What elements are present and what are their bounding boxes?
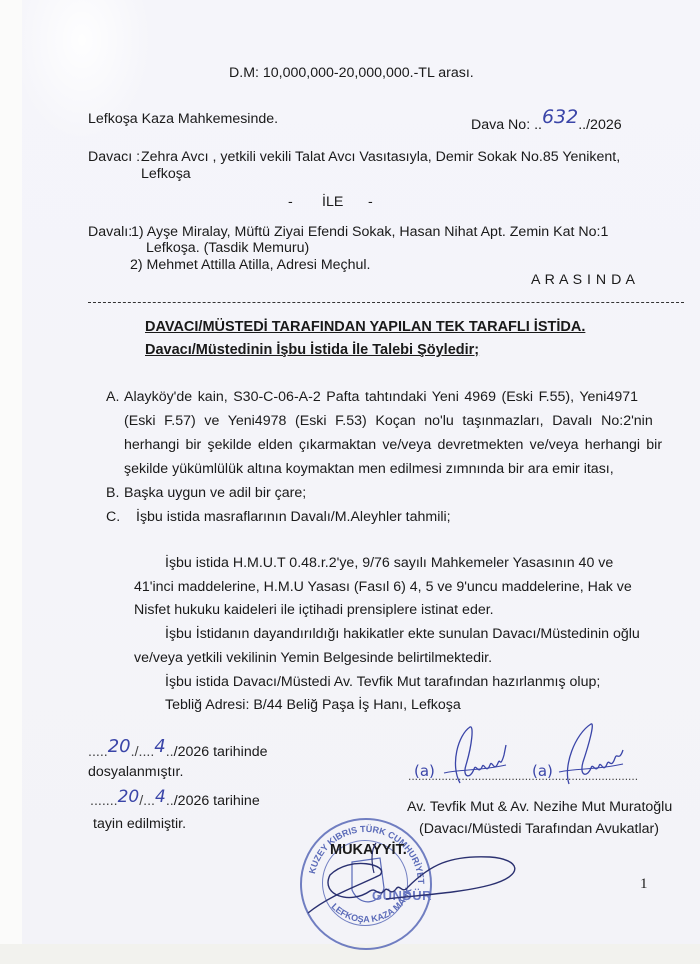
request-a-line-1: Alayköy'de kain, S30-C-06-A-2 Pafta taht… [124,390,682,404]
request-c-marker: C. [106,510,120,524]
court-name: Lefkoşa Kaza Mahkemesinde. [88,112,278,126]
request-a-line-2: (Eski F.57) ve Yeni4978 (Eski F.53) Koça… [124,414,653,428]
basis-1-line-2: 41'inci maddelerine, H.M.U Yasası (Fasıl… [134,580,632,594]
request-b-marker: B. [106,486,119,500]
defendants-label: Davalı: [88,225,132,239]
request-a-marker: A. [106,390,119,404]
basis-1-line-3: Nisfet hukuku kaideleri ile içtihadi pre… [134,603,494,617]
case-number-year: ../2026 [578,117,621,133]
ile-heading: İLE [322,195,343,209]
request-c-line-1: İşbu istida masraflarının Davalı/M.Aleyh… [136,510,451,524]
filed-label: dosyalanmıştır. [88,765,183,779]
ile-dash-right: - [368,195,373,209]
case-number: Dava No: ..632../2026 [471,112,622,134]
petition-subtitle: Davacı/Müstedinin İşbu İstida İle Talebi… [145,343,479,358]
lawyer-signature-2 [557,722,627,790]
hearing-date-line: .......20/...4../2026 tarihine [90,790,260,810]
filing-sep-2: .. [166,744,174,760]
filing-month-handwritten: 4 [154,736,165,757]
separator-line [88,302,684,303]
hearing-month-handwritten: 4 [155,787,166,807]
filing-sep: ./.... [131,744,155,760]
scan-left-margin [0,0,22,964]
defendant-1-line-2: Lefkoşa. (Tasdik Memuru) [146,241,309,255]
lawyer-names: Av. Tevfik Mut & Av. Nezihe Mut Muratoğl… [407,800,672,814]
defendant-1-line-1: 1) Ayşe Miralay, Müftü Ziyai Efendi Soka… [131,225,608,239]
hearing-sep: /... [139,793,155,809]
filing-dots: ..... [88,744,108,760]
filing-date-line: .....20./....4../2026 tarihinde [88,740,268,761]
service-address-line: Tebliğ Adresi: B/44 Beliğ Paşa İş Hanı, … [165,698,461,712]
hearing-day-handwritten: 20 [118,787,140,807]
petition-title: DAVACI/MÜSTEDİ TARAFINDAN YAPILAN TEK TA… [145,320,585,335]
filing-day-handwritten: 20 [108,736,131,757]
request-b-line-1: Başka uygun ve adil bir çare; [124,486,306,500]
hearing-set-label: tayin edilmiştir. [93,817,186,831]
case-number-handwritten: 632 [542,106,578,128]
claim-value-line: D.M: 10,000,000-20,000,000.-TL arası. [229,66,474,80]
arasinda-label: A R A S I N D A [531,273,636,287]
basis-2-line-2: ve/veya yetkili vekilinin Yemin Belgesin… [134,651,492,665]
page-number: 1 [640,876,648,893]
lawyer-signature-1 [440,725,510,790]
plaintiff-label: Davacı : [88,150,140,164]
plaintiff-line-1: Zehra Avcı , yetkili vekili Talat Avcı V… [141,150,620,164]
case-number-label: Dava No: .. [471,117,542,133]
basis-2-line-1: İşbu İstidanın dayandırıldığı hakikatler… [165,627,640,641]
hearing-dots: ....... [90,793,118,809]
defendant-2-line-1: 2) Mehmet Attilla Atilla, Adresi Meçhul. [130,258,371,272]
signature-mark-1: (a) [414,762,435,780]
basis-1-line-1: İşbu istida H.M.U.T 0.48.r.2'ye, 9/76 sa… [165,556,613,570]
signature-mark-2: (a) [532,762,553,780]
ile-dash-left: - [288,195,293,209]
plaintiff-line-2: Lefkoşa [141,167,191,181]
hearing-sep-2: .. [166,793,174,809]
request-a-line-4: şekilde yükümlülük altına koymaktan men … [124,462,614,476]
hearing-year-text: /2026 tarihine [174,793,260,809]
prepared-by-line: İşbu istida Davacı/Müstedi Av. Tevfik Mu… [165,675,600,689]
filing-year-text: /2026 tarihinde [174,744,268,760]
request-a-line-3: herhangi bir şekilde elden çıkarmaktan v… [124,438,662,452]
registrar-signature [290,835,530,915]
